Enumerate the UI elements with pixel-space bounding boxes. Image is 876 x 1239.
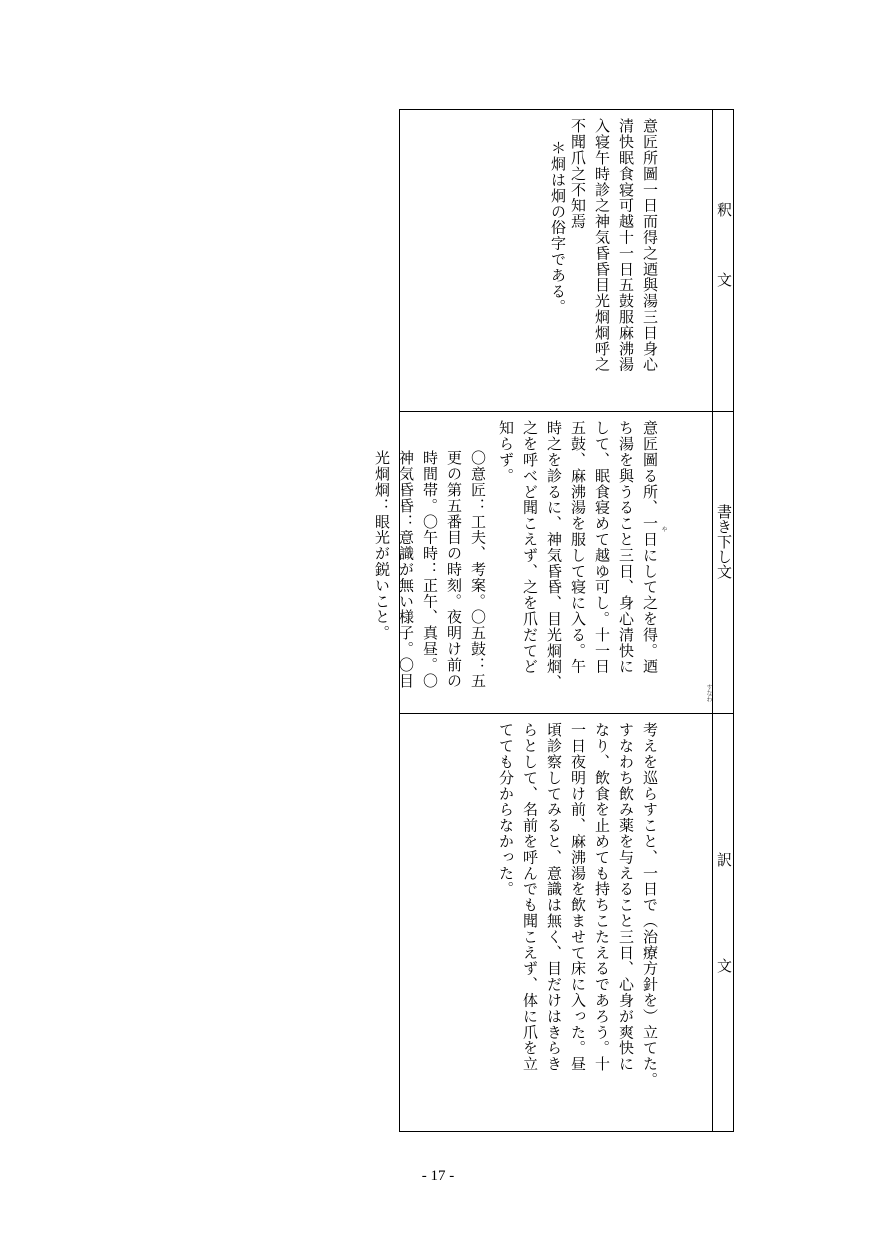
row-header-kakikudashi: 書き下し文 (712, 412, 733, 713)
translation-text: 考えを巡らすこと、一日で（治療方針を）立てた。すなわち飲み薬を与えること三日、心… (446, 722, 710, 1088)
text-column: なり、飲食を止めても持ちこたえるであろう。十 (590, 722, 614, 1088)
text-column: 意匠圖る所、一日にして之を得。迺 (638, 420, 662, 690)
text-column: すなわち飲み薬を与えること三日、心身が爽快に (614, 722, 638, 1088)
row-kakikudashi: 書き下し文 意匠圖る所、一日にして之を得。迺ち湯を與うること三日、身心清快にして… (400, 412, 733, 714)
row-header-transcription: 釈 文 (712, 110, 733, 411)
text-column: 意匠所圖一日而得之迺與湯三日身心 (638, 118, 662, 372)
header-char-2: 文 (715, 958, 732, 973)
text-comparison-table: 釈 文 意匠所圖一日而得之迺與湯三日身心清快眠食寝可越十一日五鼓服麻沸湯入寝午時… (399, 109, 734, 1132)
footnote: ＊烱は炯の俗字である。 (546, 140, 570, 315)
text-column: 頃診察してみると、意識は無く、目だけはきらき (542, 722, 566, 1088)
note-column: 〇意匠：工夫、考案。〇五鼓：五 (466, 450, 490, 689)
page-number: - 17 - (0, 1168, 876, 1185)
ruby-annotation: や (660, 526, 667, 532)
translation-body: 考えを巡らすこと、一日で（治療方針を）立てた。すなわち飲み薬を与えること三日、心… (400, 714, 712, 1131)
note-column: 時間帯。〇午時：正午、真昼。〇 (418, 450, 442, 689)
text-column: てても分からなかった。 (494, 722, 518, 1088)
row-translation: 訳 文 考えを巡らすこと、一日で（治療方針を）立てた。すなわち飲み薬を与えること… (400, 714, 733, 1131)
text-column: らとして、名前を呼んでも聞こえず、体に爪を立 (518, 722, 542, 1088)
header-label: 書き下し文 (715, 504, 732, 579)
row-transcription: 釈 文 意匠所圖一日而得之迺與湯三日身心清快眠食寝可越十一日五鼓服麻沸湯入寝午時… (400, 110, 733, 412)
note-column: 更の第五番目の時刻。夜明け前の (442, 450, 466, 689)
header-char-1: 釈 (715, 202, 732, 217)
vocabulary-notes: 〇意匠：工夫、考案。〇五鼓：五更の第五番目の時刻。夜明け前の時間帯。〇午時：正午… (322, 450, 538, 689)
text-column: 清快眠食寝可越十一日五鼓服麻沸湯 (614, 118, 638, 372)
note-column: 光烱烱：眼光が鋭いこと。 (370, 450, 394, 689)
row-header-translation: 訳 文 (712, 714, 733, 1131)
header-char-2: 文 (715, 272, 732, 287)
kakikudashi-body: 意匠圖る所、一日にして之を得。迺ち湯を與うること三日、身心清快にして、眠食寝めて… (400, 412, 712, 713)
text-column: 入寝午時診之神気昏昏目光烱烱呼之 (590, 118, 614, 372)
text-column: 五鼓、麻沸湯を服して寝に入る。午 (566, 420, 590, 690)
text-column: 一日夜明け前、麻沸湯を飲ませて床に入った。昼 (566, 722, 590, 1088)
ruby-annotation: すなわ (705, 684, 712, 702)
text-column: して、眠食寝めて越ゆ可し。十一日 (590, 420, 614, 690)
text-column: 考えを巡らすこと、一日で（治療方針を）立てた。 (638, 722, 662, 1088)
note-column: 神気昏昏：意識が無い様子。〇目 (394, 450, 418, 689)
header-char-1: 訳 (715, 852, 732, 867)
text-column: ち湯を與うること三日、身心清快に (614, 420, 638, 690)
transcription-body: 意匠所圖一日而得之迺與湯三日身心清快眠食寝可越十一日五鼓服麻沸湯入寝午時診之神気… (400, 110, 712, 411)
text-column: 時之を診るに、神気昏昏、目光烱烱、 (542, 420, 566, 690)
